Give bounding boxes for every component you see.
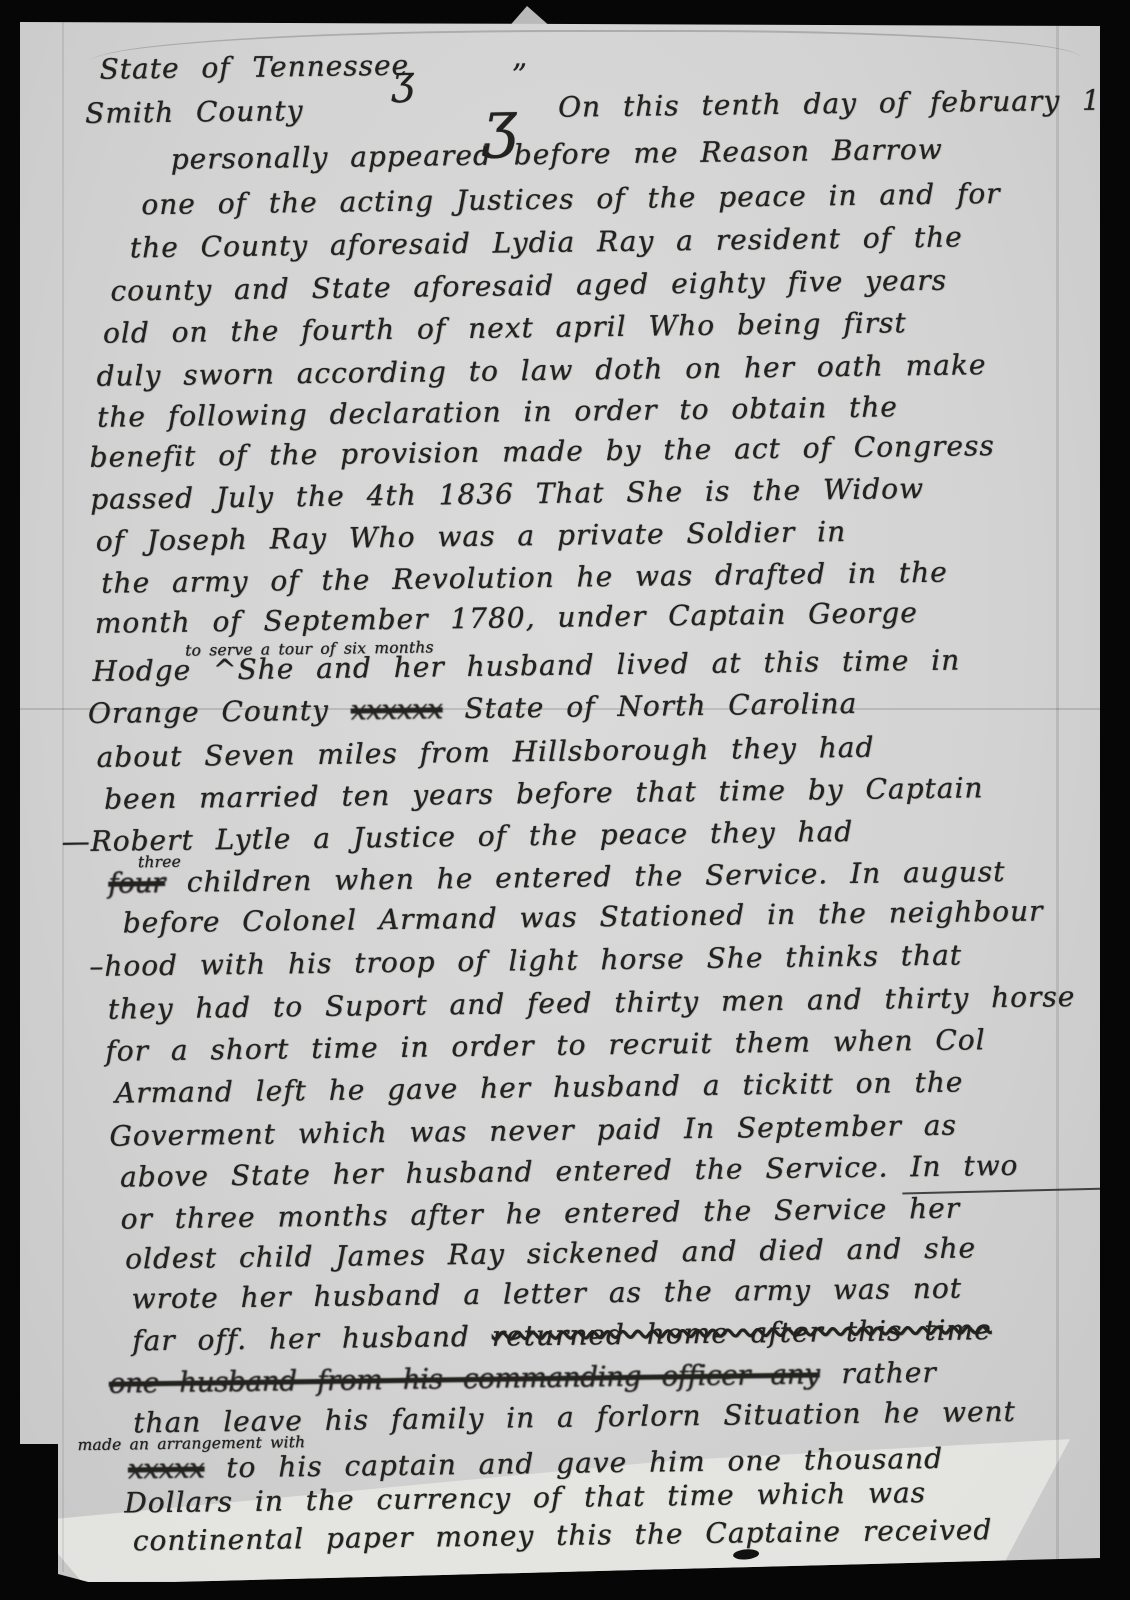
manuscript-line: one husband from his commanding officer … — [109, 1359, 937, 1398]
manuscript-line: for a short time in order to recruit the… — [105, 1026, 986, 1066]
manuscript-line: one of the acting Justices of the peace … — [141, 180, 1001, 219]
manuscript-line: or three months after he entered the Ser… — [120, 1195, 960, 1234]
manuscript-line: personally appeared before me Reason Bar… — [171, 136, 943, 174]
line-text: rather — [819, 1356, 937, 1391]
manuscript-line: Hodge ^She and her husband lived at this… — [92, 647, 960, 686]
manuscript-line: Armand left he gave her husband a tickit… — [115, 1069, 964, 1108]
crossed-out-text: xxxxxx — [351, 692, 443, 726]
manuscript-line: than leave his family in a forlorn Situa… — [133, 1398, 1016, 1438]
manuscript-line: Smith County — [85, 97, 304, 128]
manuscript-line: Orange County xxxxxx State of North Caro… — [88, 690, 858, 728]
manuscript-line: passed July the 4th 1836 That She is the… — [90, 475, 924, 514]
manuscript-line: wrote her husband a letter as the army w… — [131, 1275, 962, 1314]
manuscript-line: continental paper money this the Captain… — [133, 1516, 993, 1555]
line-text: far off. her husband — [132, 1320, 492, 1358]
ditto-mark: ” — [511, 58, 527, 93]
line-text: State of North Carolina — [442, 687, 857, 725]
handwriting-layer: ʒ ʒ ” State of Tennessee Smith County On… — [19, 9, 1119, 1583]
crossed-out-text: xxxxx — [128, 1451, 205, 1485]
crossed-out-text: returned home after this time — [492, 1313, 992, 1353]
manuscript-line: —Robert Lytle a Justice of the peace the… — [62, 818, 854, 856]
crossed-out-text: one husband from his commanding officer … — [109, 1357, 820, 1399]
manuscript-line: county and State aforesaid aged eighty f… — [110, 267, 947, 306]
manuscript-line: Goverment which was never paid In Septem… — [109, 1112, 957, 1151]
manuscript-line: month of September 1780, under Captain G… — [95, 599, 918, 638]
manuscript-line: duly sworn according to law doth on her … — [96, 351, 986, 391]
manuscript-line: On this tenth day of february 1837 — [558, 86, 1130, 122]
manuscript-line: State of Tennessee — [99, 52, 409, 84]
manuscript-line: Dollars in the currency of that time whi… — [124, 1479, 926, 1517]
manuscript-line: about Seven miles from Hillsborough they… — [96, 734, 874, 772]
manuscript-line: oldest child James Ray sickened and died… — [125, 1234, 976, 1273]
manuscript-line: benefit of the provision made by the act… — [89, 432, 994, 472]
manuscript-line: before Colonel Armand was Stationed in t… — [123, 897, 1044, 937]
manuscript-line: –hood with his troop of light horse She … — [89, 942, 962, 981]
manuscript-line: they had to Suport and feed thirty men a… — [108, 983, 1076, 1024]
manuscript-line: been married ten years before that time … — [104, 774, 984, 814]
ink-spot — [733, 1548, 760, 1560]
manuscript-line: the following declaration in order to ob… — [97, 393, 898, 431]
manuscript-line: the County aforesaid Lydia Ray a residen… — [130, 223, 963, 262]
crossed-out-text: four — [108, 866, 165, 900]
manuscript-line: far off. her husband returned home after… — [132, 1316, 992, 1355]
manuscript-line: the army of the Revolution he was drafte… — [101, 559, 948, 598]
manuscript-paper-sheet: ʒ ʒ ” State of Tennessee Smith County On… — [20, 22, 1100, 1582]
manuscript-line: four children when he entered the Servic… — [108, 858, 1006, 898]
line-text: children when he entered the Service. In… — [165, 855, 1006, 899]
scanned-document-page: ʒ ʒ ” State of Tennessee Smith County On… — [0, 0, 1130, 1600]
manuscript-line: old on the fourth of next april Who bein… — [103, 309, 907, 348]
manuscript-line: above State her husband entered the Serv… — [120, 1152, 1019, 1192]
manuscript-line: of Joseph Ray Who was a private Soldier … — [96, 518, 847, 556]
line-text: Orange County — [88, 694, 351, 730]
